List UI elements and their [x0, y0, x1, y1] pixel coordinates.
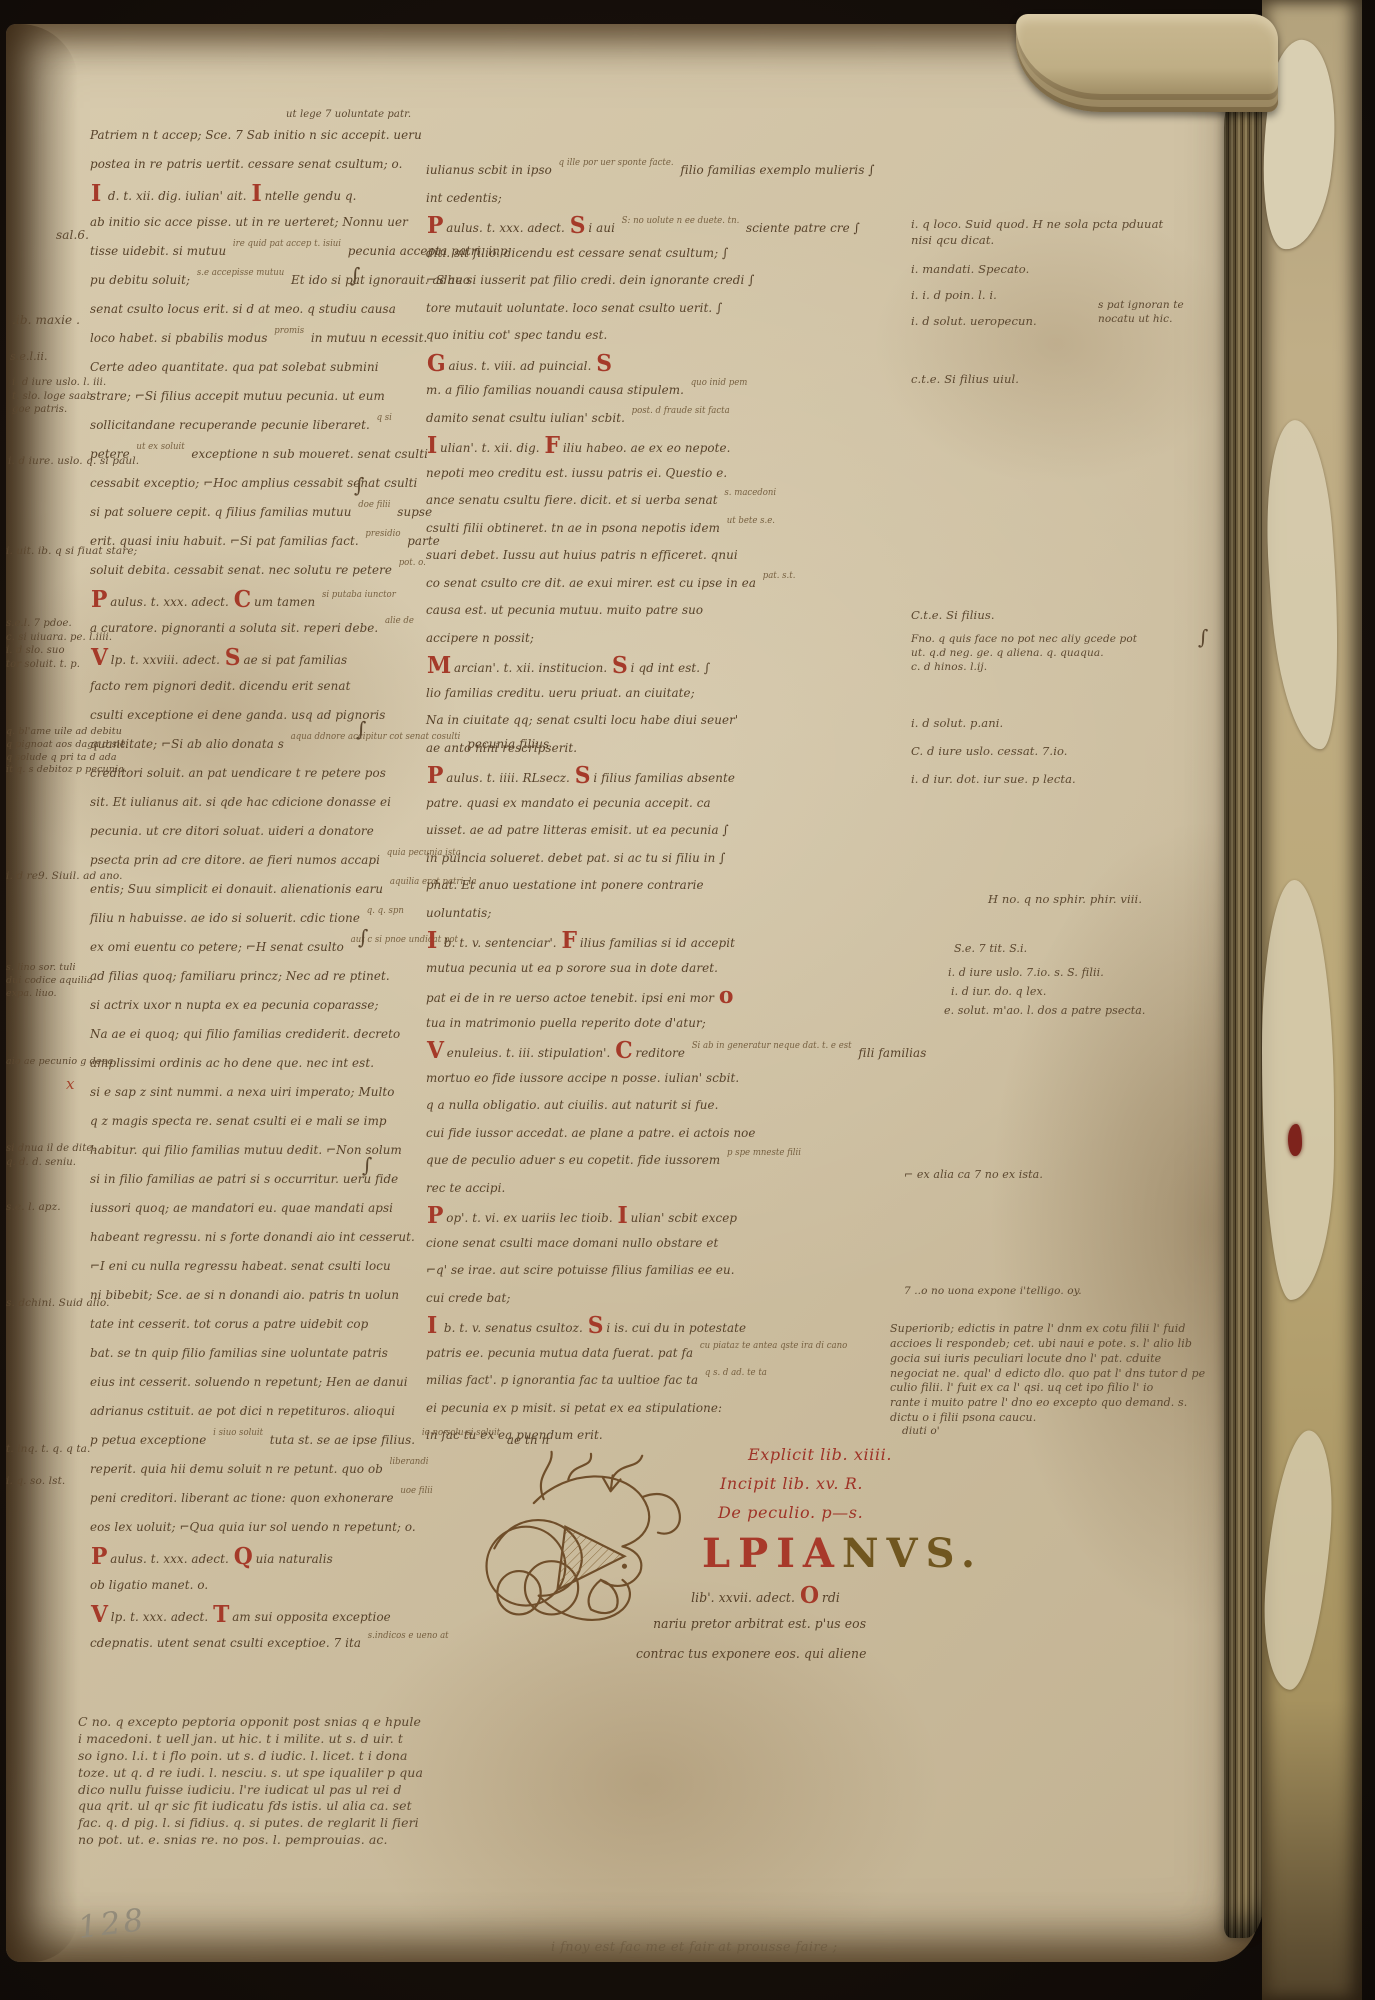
text-run: phat. Et anuo uestatione int ponere cont…: [426, 877, 704, 892]
text-run: rec te accipi.: [426, 1180, 505, 1195]
text-line: quo initiu cot' spec tandu est.: [426, 321, 863, 349]
parchment-cover-edge: [1262, 0, 1362, 2000]
text-line: ei pecunia ex p misit. si petat ex ea st…: [426, 1394, 863, 1422]
text-run: tuta st. se ae ipse filius.: [266, 1432, 419, 1447]
interlinear-gloss: q si: [377, 413, 392, 423]
text-run: milias fact'. p ignorantia fac ta uultio…: [426, 1372, 702, 1387]
text-line: loco habet. si pbabilis modus promis in …: [90, 323, 375, 352]
margin-note: s. dchini. Suid alio.: [6, 1296, 166, 1310]
margin-note: i. d solut. p.ani.: [911, 716, 1091, 732]
text-line: si pat soluere cepit. q filius familias …: [90, 497, 375, 526]
text-line: rec te accipi.: [426, 1174, 863, 1202]
display-letter: L: [702, 1530, 738, 1577]
text-line: adrianus cstituit. ae pot dici n repetit…: [90, 1396, 375, 1425]
text-run: ae anto nini rescripserit.: [426, 740, 577, 755]
red-initial: S: [611, 652, 631, 679]
margin-note: ∫: [354, 472, 380, 499]
text-column-middle: iulianus scbit in ipso q ille por uer sp…: [426, 156, 886, 1449]
ulpianus-display-word: LPIANVS.: [702, 1530, 983, 1577]
margin-note: i. q. so. lst.: [6, 1474, 136, 1488]
text-line: ab initio sic acce pisse. ut in re uerte…: [90, 207, 375, 236]
margin-note: i. uit. ib. q si fiuat stare;: [6, 544, 186, 558]
margin-note: i. d iure uslo. l. iii. t. slo. loge saa…: [12, 376, 162, 417]
text-line: causa est. ut pecunia mutuu. muito patre…: [426, 596, 863, 624]
text-line: Vlp. t. xxx. adect. Tam sui opposita exc…: [90, 1599, 375, 1628]
text-run: nariu pretor arbitrat est. p'us eos: [653, 1617, 866, 1632]
margin-note: c.t.e. Si filius uiul.: [911, 372, 1151, 388]
interlinear-gloss: promis: [274, 326, 304, 336]
interlinear-gloss: s. macedoni: [724, 488, 776, 498]
text-run: ae si pat familias: [243, 652, 347, 667]
margin-note: s.e.l.ii.: [10, 350, 100, 365]
text-line: ⌐I eni cu nulla regressu habeat. senat c…: [90, 1251, 375, 1280]
text-line: uisset. ae ad patre litteras emisit. ut …: [426, 816, 863, 844]
red-initial: I: [426, 432, 440, 459]
cover-tear-patch: [1257, 1428, 1339, 1692]
interlinear-gloss: p spe mneste filii: [727, 1148, 801, 1158]
text-run: loco habet. si pbabilis modus: [90, 330, 271, 345]
red-initial: P: [90, 1543, 110, 1570]
margin-note: Superiorib; edictis in patre l' dnm ex c…: [890, 1322, 1255, 1426]
text-line: in puincia solueret. debet pat. si ac tu…: [426, 844, 863, 872]
text-line: I b. t. v. senatus csultoz. Si is. cui d…: [426, 1311, 863, 1339]
cover-tear-patch: [1259, 418, 1348, 752]
red-initial: V: [90, 1601, 111, 1628]
pencil-folio-number: 128: [76, 1902, 148, 1946]
text-line: Paulus. t. xxx. adect. Quia naturalis: [90, 1541, 375, 1570]
margin-note: Fno. q quis face no pot nec aliy gcede p…: [911, 632, 1241, 675]
text-run: lio familias creditu. ueru priuat. an ci…: [426, 685, 695, 700]
red-initial: S: [595, 350, 615, 377]
red-initial: M: [426, 652, 454, 679]
margin-note: i. d iur. dot. iur sue. p lecta.: [911, 772, 1181, 788]
manuscript-page: Patriem n t accep; Sce. 7 Sab initio n s…: [6, 24, 1258, 1962]
text-run: habeant regressu. ni s forte donandi aio…: [90, 1229, 415, 1244]
text-run: ance senatu csultu fiere. dicit. et si u…: [426, 492, 722, 507]
text-run: contrac tus exponere eos. qui aliene: [636, 1647, 867, 1662]
interlinear-gloss: presidio: [365, 529, 400, 539]
text-run: q a nulla obligatio. aut ciuilis. aut na…: [426, 1097, 718, 1112]
text-line: tisse uidebit. si mutuu ire quid pat acc…: [90, 236, 375, 265]
interlinear-gloss: pot. o.: [399, 558, 426, 568]
text-line: cui crede bat;: [426, 1284, 863, 1312]
text-run: int cedentis;: [426, 190, 502, 205]
margin-note: ∫: [356, 716, 382, 743]
text-run: d. t. xii. dig. iulian' ait.: [104, 188, 251, 203]
text-run: cione senat csulti mace domani nullo obs…: [426, 1235, 718, 1250]
text-line: eius int cesserit. soluendo n repetunt; …: [90, 1367, 375, 1396]
text-run: senat csulto locus erit. si d at meo. q …: [90, 301, 396, 316]
text-run: nepoti meo creditu est. iussu patris ei.…: [426, 465, 727, 480]
text-line: cdepnatis. utent senat csulti exceptioe.…: [90, 1628, 375, 1657]
text-run: lib'. xxvii. adect.: [691, 1591, 799, 1606]
text-line: m. a filio familias nouandi causa stipul…: [426, 376, 863, 404]
text-run: reditore: [635, 1045, 688, 1060]
margin-note: C. d iure uslo. cessat. 7.io.: [911, 744, 1151, 760]
text-line: tua in matrimonio puella reperito dote d…: [426, 1009, 863, 1037]
text-line: patre. quasi ex mandato ei pecunia accep…: [426, 789, 863, 817]
text-run: i qd int est. ∫: [631, 660, 711, 675]
margin-note: C.t.e. Si filius.: [911, 608, 1091, 624]
text-run: pu debitu soluit;: [90, 272, 194, 287]
text-run: postea in re patris uertit. cessare sena…: [90, 156, 402, 171]
interlinear-gloss: Si ab in generatur neque dat. t. e est: [692, 1041, 852, 1051]
text-line: cui fide iussor accedat. ae plane a patr…: [426, 1119, 863, 1147]
text-line: damito senat csultu iulian' scbit. post.…: [426, 404, 863, 432]
text-run: iulianus scbit in ipso: [426, 162, 556, 177]
text-run: aius. t. viii. ad puincial.: [448, 358, 595, 373]
text-run: rdi: [822, 1591, 840, 1606]
text-line: eos lex uoluit; ⌐Qua quia iur sol uendo …: [90, 1512, 375, 1541]
text-run: pat ei de in re uerso actoe tenebit. ips…: [426, 990, 718, 1005]
margin-note: sal.6.: [56, 227, 126, 243]
red-initial: T: [212, 1601, 232, 1628]
text-run: filiu n habuisse. ae ido si soluerit. cd…: [90, 910, 364, 925]
text-line: sit. Et iulianus ait. si qde hac cdicion…: [90, 787, 375, 816]
text-run: si in filio familias ae patri si s occur…: [90, 1171, 398, 1186]
text-line: q z magis specta re. senat csulti ei e m…: [90, 1106, 375, 1135]
margin-note: i. d re9. Siuil. ad ano.: [6, 869, 176, 883]
text-run: um tamen: [254, 594, 319, 609]
text-run: exceptione n sub moueret. senat csulti: [187, 446, 427, 461]
red-initial: O: [799, 1582, 822, 1609]
text-run: mutua pecunia ut ea p sorore sua in dote…: [426, 960, 718, 975]
text-run: csulti filii obtineret. tn ae in psona n…: [426, 520, 724, 535]
margin-note: ∫: [362, 1152, 388, 1179]
margin-note: ⌐ ex alia ca 7 no ex ista.: [904, 1168, 1154, 1183]
text-run: accipere n possit;: [426, 630, 534, 645]
margin-note: x: [66, 1074, 96, 1094]
red-initial: S: [574, 762, 594, 789]
text-column-left: Patriem n t accep; Sce. 7 Sab initio n s…: [90, 120, 390, 1657]
red-initial: C: [614, 1037, 635, 1064]
red-initial: P: [426, 762, 446, 789]
explicit-rubric: Explicit lib. xiiii.: [748, 1445, 892, 1464]
text-run: cui crede bat;: [426, 1290, 510, 1305]
text-line: Pop'. t. vi. ex uariis lec tioib. Iulian…: [426, 1201, 863, 1229]
text-run: op'. t. vi. ex uariis lec tioib.: [446, 1210, 616, 1225]
text-line: int cedentis;: [426, 184, 863, 212]
top-right-binding-corner: [1016, 14, 1278, 112]
text-line: ae anto nini rescripserit.: [426, 734, 863, 762]
text-line: ⌐S ae si iusserit pat filio credi. dein …: [426, 266, 863, 294]
interlinear-gloss: alie de: [385, 616, 414, 626]
text-run: patre. quasi ex mandato ei pecunia accep…: [426, 795, 711, 810]
text-line: co senat csulto cre dit. ae exui mirer. …: [426, 569, 863, 597]
red-initial: P: [426, 1202, 446, 1229]
text-line: patris ee. pecunia mutua data fuerat. pa…: [426, 1339, 863, 1367]
text-run: in puincia solueret. debet pat. si ac tu…: [426, 850, 726, 865]
text-line: I d. t. xii. dig. iulian' ait. Intelle g…: [90, 178, 375, 207]
text-run: sciente patre cre ∫: [742, 220, 860, 235]
text-run: aulus. t. xxx. adect.: [446, 220, 569, 235]
interlinear-gloss: q s. d ad. te ta: [705, 1368, 767, 1378]
interlinear-gloss: liberandi: [390, 1457, 429, 1467]
red-initial: I: [426, 1312, 440, 1339]
text-run: Na in ciuitate qq; senat csulti locu hab…: [426, 712, 738, 727]
text-run: ei pecunia ex p misit. si petat ex ea st…: [426, 1400, 722, 1415]
text-line: phat. Et anuo uestatione int ponere cont…: [426, 871, 863, 899]
red-initial: P: [90, 586, 110, 613]
text-line: Paulus. t. xxx. adect. Cum tamen si puta…: [90, 584, 375, 613]
text-run: causa est. ut pecunia mutuu. muito patre…: [426, 602, 703, 617]
text-line: accipere n possit;: [426, 624, 863, 652]
text-run: m. a filio familias nouandi causa stipul…: [426, 382, 688, 397]
text-run: sollicitandane recuperande pecunie liber…: [90, 417, 374, 432]
text-line: senat csulto locus erit. si d at meo. q …: [90, 294, 375, 323]
text-line: cione senat csulti mace domani nullo obs…: [426, 1229, 863, 1257]
interlinear-gloss: s.e accepisse mutuu: [197, 268, 284, 278]
red-initial: S: [587, 1312, 607, 1339]
text-line: nariu pretor arbitrat est. p'us eos: [636, 1610, 931, 1640]
red-initial: I: [617, 1202, 631, 1229]
text-run: entis; Suu simplicit ei donauit. alienat…: [90, 881, 387, 896]
text-run: pecunia. ut cre ditori soluat. uideri a …: [90, 823, 374, 838]
red-initial: I: [426, 927, 440, 954]
text-run: eius int cesserit. soluendo n repetunt; …: [90, 1374, 408, 1389]
text-line: facto rem pignori dedit. dicendu erit se…: [90, 671, 375, 700]
text-line: tore mutauit uoluntate. loco senat csult…: [426, 294, 863, 322]
margin-note: si dnua il de dite. q. d. d. seniu.: [6, 1142, 186, 1169]
display-letter: N: [842, 1530, 887, 1577]
margin-note: i. mandati. Specato.: [911, 262, 1141, 278]
text-line: Patriem n t accep; Sce. 7 Sab initio n s…: [90, 120, 375, 149]
text-run: eos lex uoluit; ⌐Qua quia iur sol uendo …: [90, 1519, 416, 1534]
text-run: csulti exceptione ei dene ganda. usq ad …: [90, 707, 385, 722]
text-column-after-initial: lib'. xxvii. adect. Ordinariu pretor arb…: [636, 1580, 946, 1670]
text-run: uisset. ae ad patre litteras emisit. ut …: [426, 822, 729, 837]
text-run: tisse uidebit. si mutuu: [90, 243, 230, 258]
text-run: filio familias exemplo mulieris ∫: [676, 162, 874, 177]
red-initial: S: [224, 644, 244, 671]
margin-note: ∫: [350, 262, 376, 289]
interlinear-gloss: uoe filii: [400, 1486, 432, 1496]
red-initial: V: [426, 1037, 447, 1064]
margin-note: i. q loco. Suid quod. H ne sola pcta pdu…: [911, 217, 1231, 248]
bottom-faint-inscription: i fnoy est fac me et fair at prousse fai…: [551, 1940, 971, 1955]
text-run: ulian'. t. xii. dig.: [440, 440, 544, 455]
text-run: i filius familias absente: [593, 770, 735, 785]
text-line: mutua pecunia ut ea p sorore sua in dote…: [426, 954, 863, 982]
text-run: uoluntatis;: [426, 905, 491, 920]
red-initial: P: [426, 212, 446, 239]
title-rubric: De peculio. p—s.: [718, 1503, 863, 1522]
text-run: Certe adeo quantitate. qua pat solebat s…: [90, 359, 379, 374]
text-run: peni creditori. liberant ac tione: quon …: [90, 1490, 398, 1505]
text-line: que de peculio aduer s eu copetit. fide …: [426, 1146, 863, 1174]
margin-note: C no. q excepto peptoria opponit post sn…: [78, 1714, 533, 1849]
text-run: psecta prin ad cre ditore. ae fieri numo…: [90, 852, 384, 867]
margin-note: s. lino sor. tuli dui codice aquilia exp…: [6, 962, 166, 1000]
text-line: lib'. xxvii. adect. Ordi: [636, 1580, 931, 1610]
text-line: soluit debita. cessabit senat. nec solut…: [90, 555, 375, 584]
text-run: cui fide iussor accedat. ae plane a patr…: [426, 1125, 756, 1140]
text-run: lp. t. xxx. adect.: [111, 1609, 212, 1624]
red-initial: S: [569, 212, 589, 239]
display-letter: V: [887, 1530, 926, 1577]
margin-note: s.e.l. 7 pdoe. c. si uiuara. pe. l.iiii.…: [6, 617, 166, 671]
margin-note: e. solut. m'ao. l. dos a patre psecta.: [944, 1004, 1264, 1019]
text-run: uia naturalis: [256, 1551, 333, 1566]
text-run: ulian' scbit excep: [631, 1210, 737, 1225]
margin-note: 7 ..o no uona expone i'telligo. oy.: [904, 1284, 1224, 1298]
text-line: Na in ciuitate qq; senat csulti locu hab…: [426, 706, 863, 734]
display-letter: A: [803, 1530, 842, 1577]
red-wax-stain: [1288, 1124, 1302, 1156]
margin-note: i. d solut. ueropecun.: [911, 314, 1121, 330]
text-line: Na ae ei quoq; qui filio familias credid…: [90, 1019, 375, 1048]
text-line: ex omi euentu co petere; ⌐H senat csulto…: [90, 932, 375, 961]
text-line: Venuleius. t. iii. stipulation'. Credito…: [426, 1036, 863, 1064]
text-run: patris ee. pecunia mutua data fuerat. pa…: [426, 1345, 697, 1360]
text-run: cdepnatis. utent senat csulti exceptioe.…: [90, 1635, 365, 1650]
red-initial: F: [544, 432, 563, 459]
text-line: lio familias creditu. ueru priuat. an ci…: [426, 679, 863, 707]
text-line: habeant regressu. ni s forte donandi aio…: [90, 1222, 375, 1251]
text-run: aulus. t. iiii. RLsecz.: [446, 770, 574, 785]
margin-note: i. d iure. uslo. q. si paul.: [8, 454, 188, 468]
interlinear-gloss: cu piataz te antea qste ira di cano: [700, 1341, 847, 1351]
text-line: bat. se tn quip filio familias sine uolu…: [90, 1338, 375, 1367]
red-initial: o: [718, 982, 736, 1009]
text-run: tate int cesserit. tot corus a patre uid…: [90, 1316, 368, 1331]
text-run: am sui opposita exceptioe: [232, 1609, 391, 1624]
text-line: Iulian'. t. xii. dig. Filiu habeo. ae ex…: [426, 431, 863, 459]
interlinear-gloss: si putaba iunctor: [322, 590, 396, 600]
text-run: i is. cui du in potestate: [606, 1320, 746, 1335]
text-line: cessabit exceptio; ⌐Hoc amplius cessabit…: [90, 468, 375, 497]
margin-note: diuti o': [902, 1424, 992, 1438]
text-run: si pat soluere cepit. q filius familias …: [90, 504, 355, 519]
text-line: tate int cesserit. tot corus a patre uid…: [90, 1309, 375, 1338]
text-run: ⌐q' se irae. aut scire potuisse filius f…: [426, 1262, 735, 1277]
text-line: ob ligatio manet. o.: [90, 1570, 375, 1599]
text-line: pu debitu soluit; s.e accepisse mutuu Et…: [90, 265, 375, 294]
book-fore-edge: [1224, 86, 1266, 1938]
interlinear-gloss: post. d fraude sit facta: [632, 406, 730, 416]
text-line: nepoti meo creditu est. iussu patris ei.…: [426, 459, 863, 487]
text-run: b. t. v. senatus csultoz.: [440, 1320, 587, 1335]
text-run: co senat csulto cre dit. ae exui mirer. …: [426, 575, 760, 590]
text-line: pat ei de in re uerso actoe tenebit. ips…: [426, 981, 863, 1009]
red-initial: I: [90, 180, 104, 207]
text-run: fili familias: [854, 1045, 926, 1060]
margin-note: i. i. d poin. l. i.: [911, 288, 1101, 304]
interlinear-gloss: ut bete s.e.: [727, 516, 775, 526]
interlinear-gloss: s.indicos e ueno at: [368, 1631, 449, 1641]
text-line: Paulus. t. iiii. RLsecz. Si filius famil…: [426, 761, 863, 789]
text-run: adrianus cstituit. ae pot dici n repetit…: [90, 1403, 395, 1418]
text-line: pecunia. ut cre ditori soluat. uideri a …: [90, 816, 375, 845]
text-run: suari debet. Iussu aut huius patris n ef…: [426, 547, 738, 562]
text-run: ntelle gendu q.: [265, 188, 357, 203]
text-line: ance senatu csultu fiere. dicit. et si u…: [426, 486, 863, 514]
incipit-rubric: Incipit lib. xv. R.: [720, 1474, 863, 1493]
text-run: i aui: [588, 220, 618, 235]
text-run: Patriem n t accep; Sce. 7 Sab initio n s…: [90, 127, 422, 142]
red-initial: Q: [233, 1543, 256, 1570]
interlinear-gloss: S: no uolute n ee duete. tn.: [622, 216, 740, 226]
text-line: filiu n habuisse. ae ido si soluerit. cd…: [90, 903, 375, 932]
interlinear-gloss: ut ex soluit: [136, 442, 184, 452]
text-run: diti. sit filio. dicendu est cessare sen…: [426, 245, 728, 260]
text-line: mortuo eo fide iussore accipe n posse. i…: [426, 1064, 863, 1092]
margin-note: i. d iur. do. q lex.: [951, 985, 1161, 1000]
text-run: soluit debita. cessabit senat. nec solut…: [90, 562, 396, 577]
text-line: Gaius. t. viii. ad puincial. S: [426, 349, 863, 377]
text-line: milias fact'. p ignorantia fac ta uultio…: [426, 1366, 863, 1394]
text-run: in mutuu n ecessit.: [307, 330, 427, 345]
text-run: ⌐S ae si iusserit pat filio credi. dein …: [426, 272, 754, 287]
text-line: Marcian'. t. xii. institucion. Si qd int…: [426, 651, 863, 679]
margin-note: i. d iure uslo. 7.io. s. S. filii.: [948, 966, 1228, 981]
margin-note: .ib. maxie .: [12, 312, 132, 328]
text-line: postea in re patris uertit. cessare sena…: [90, 149, 375, 178]
margin-note: ut lege 7 uoluntate patr.: [286, 108, 496, 122]
text-line: Paulus. t. xxx. adect. Si aui S: no uolu…: [426, 211, 863, 239]
text-run: aulus. t. xxx. adect.: [110, 1551, 233, 1566]
text-run: b. t. v. sentenciar'.: [440, 935, 561, 950]
text-line: csulti filii obtineret. tn ae in psona n…: [426, 514, 863, 542]
text-line: si e sap z sint nummi. a nexa uiri imper…: [90, 1077, 375, 1106]
interlinear-gloss: quo inid pem: [691, 378, 748, 388]
text-run: que de peculio aduer s eu copetit. fide …: [426, 1152, 724, 1167]
text-line: I b. t. v. sentenciar'. Filius familias …: [426, 926, 863, 954]
text-run: Na ae ei quoq; qui filio familias credid…: [90, 1026, 400, 1041]
text-line: iulianus scbit in ipso q ille por uer sp…: [426, 156, 863, 184]
interlinear-gloss: doe filii: [358, 500, 390, 510]
red-initial: C: [233, 586, 254, 613]
text-run: mortuo eo fide iussore accipe n posse. i…: [426, 1070, 739, 1085]
text-line: diti. sit filio. dicendu est cessare sen…: [426, 239, 863, 267]
text-run: iliu habeo. ae ex eo nepote.: [563, 440, 731, 455]
display-letter: I: [776, 1530, 803, 1577]
text-run: tore mutauit uoluntate. loco senat csult…: [426, 300, 722, 315]
text-line: csulti exceptione ei dene ganda. usq ad …: [90, 700, 375, 729]
text-run: ab initio sic acce pisse. ut in re uerte…: [90, 214, 408, 229]
text-line: q a nulla obligatio. aut ciuilis. aut na…: [426, 1091, 863, 1119]
text-run: sit. Et iulianus ait. si qde hac cdicion…: [90, 794, 391, 809]
display-letter: .: [961, 1530, 983, 1577]
text-run: bat. se tn quip filio familias sine uolu…: [90, 1345, 388, 1360]
display-letter: S: [926, 1530, 961, 1577]
text-run: quo initiu cot' spec tandu est.: [426, 327, 607, 342]
text-run: ob ligatio manet. o.: [90, 1577, 208, 1592]
display-letter: P: [738, 1530, 776, 1577]
red-initial: I: [251, 180, 265, 207]
text-run: enuleius. t. iii. stipulation'.: [447, 1045, 615, 1060]
red-initial: G: [426, 350, 448, 377]
margin-note: aio ae pecunio g depa.: [6, 1056, 176, 1069]
interlinear-gloss: q ille por uer sponte facte.: [559, 158, 674, 168]
interlinear-gloss: ire quid pat accep t. isiui: [233, 239, 341, 249]
text-run: ⌐I eni cu nulla regressu habeat. senat c…: [90, 1258, 391, 1273]
margin-note: q. bl'ame uile ad debitu q pignoat aos d…: [6, 726, 181, 777]
text-run: arcian'. t. xii. institucion.: [454, 660, 611, 675]
margin-note: S.e. 7 tit. S.i.: [954, 942, 1104, 957]
margin-note: t. inq. t. q. q ta.: [6, 1442, 186, 1456]
text-run: ilius familias si id accepit: [580, 935, 735, 950]
text-line: contrac tus exponere eos. qui aliene: [636, 1640, 931, 1670]
interlinear-gloss: i siuo soluit: [213, 1428, 263, 1438]
margin-note: s.e. l. apz.: [6, 1200, 136, 1214]
text-run: damito senat csultu iulian' scbit.: [426, 410, 629, 425]
text-line: suari debet. Iussu aut huius patris n ef…: [426, 541, 863, 569]
text-line: uoluntatis;: [426, 899, 863, 927]
interlinear-gloss: pat. s.t.: [763, 571, 796, 581]
text-line: ⌐q' se irae. aut scire potuisse filius f…: [426, 1256, 863, 1284]
manuscript-photo: { "page": { "pencil_folio": "128", "ink_…: [0, 0, 1375, 2000]
